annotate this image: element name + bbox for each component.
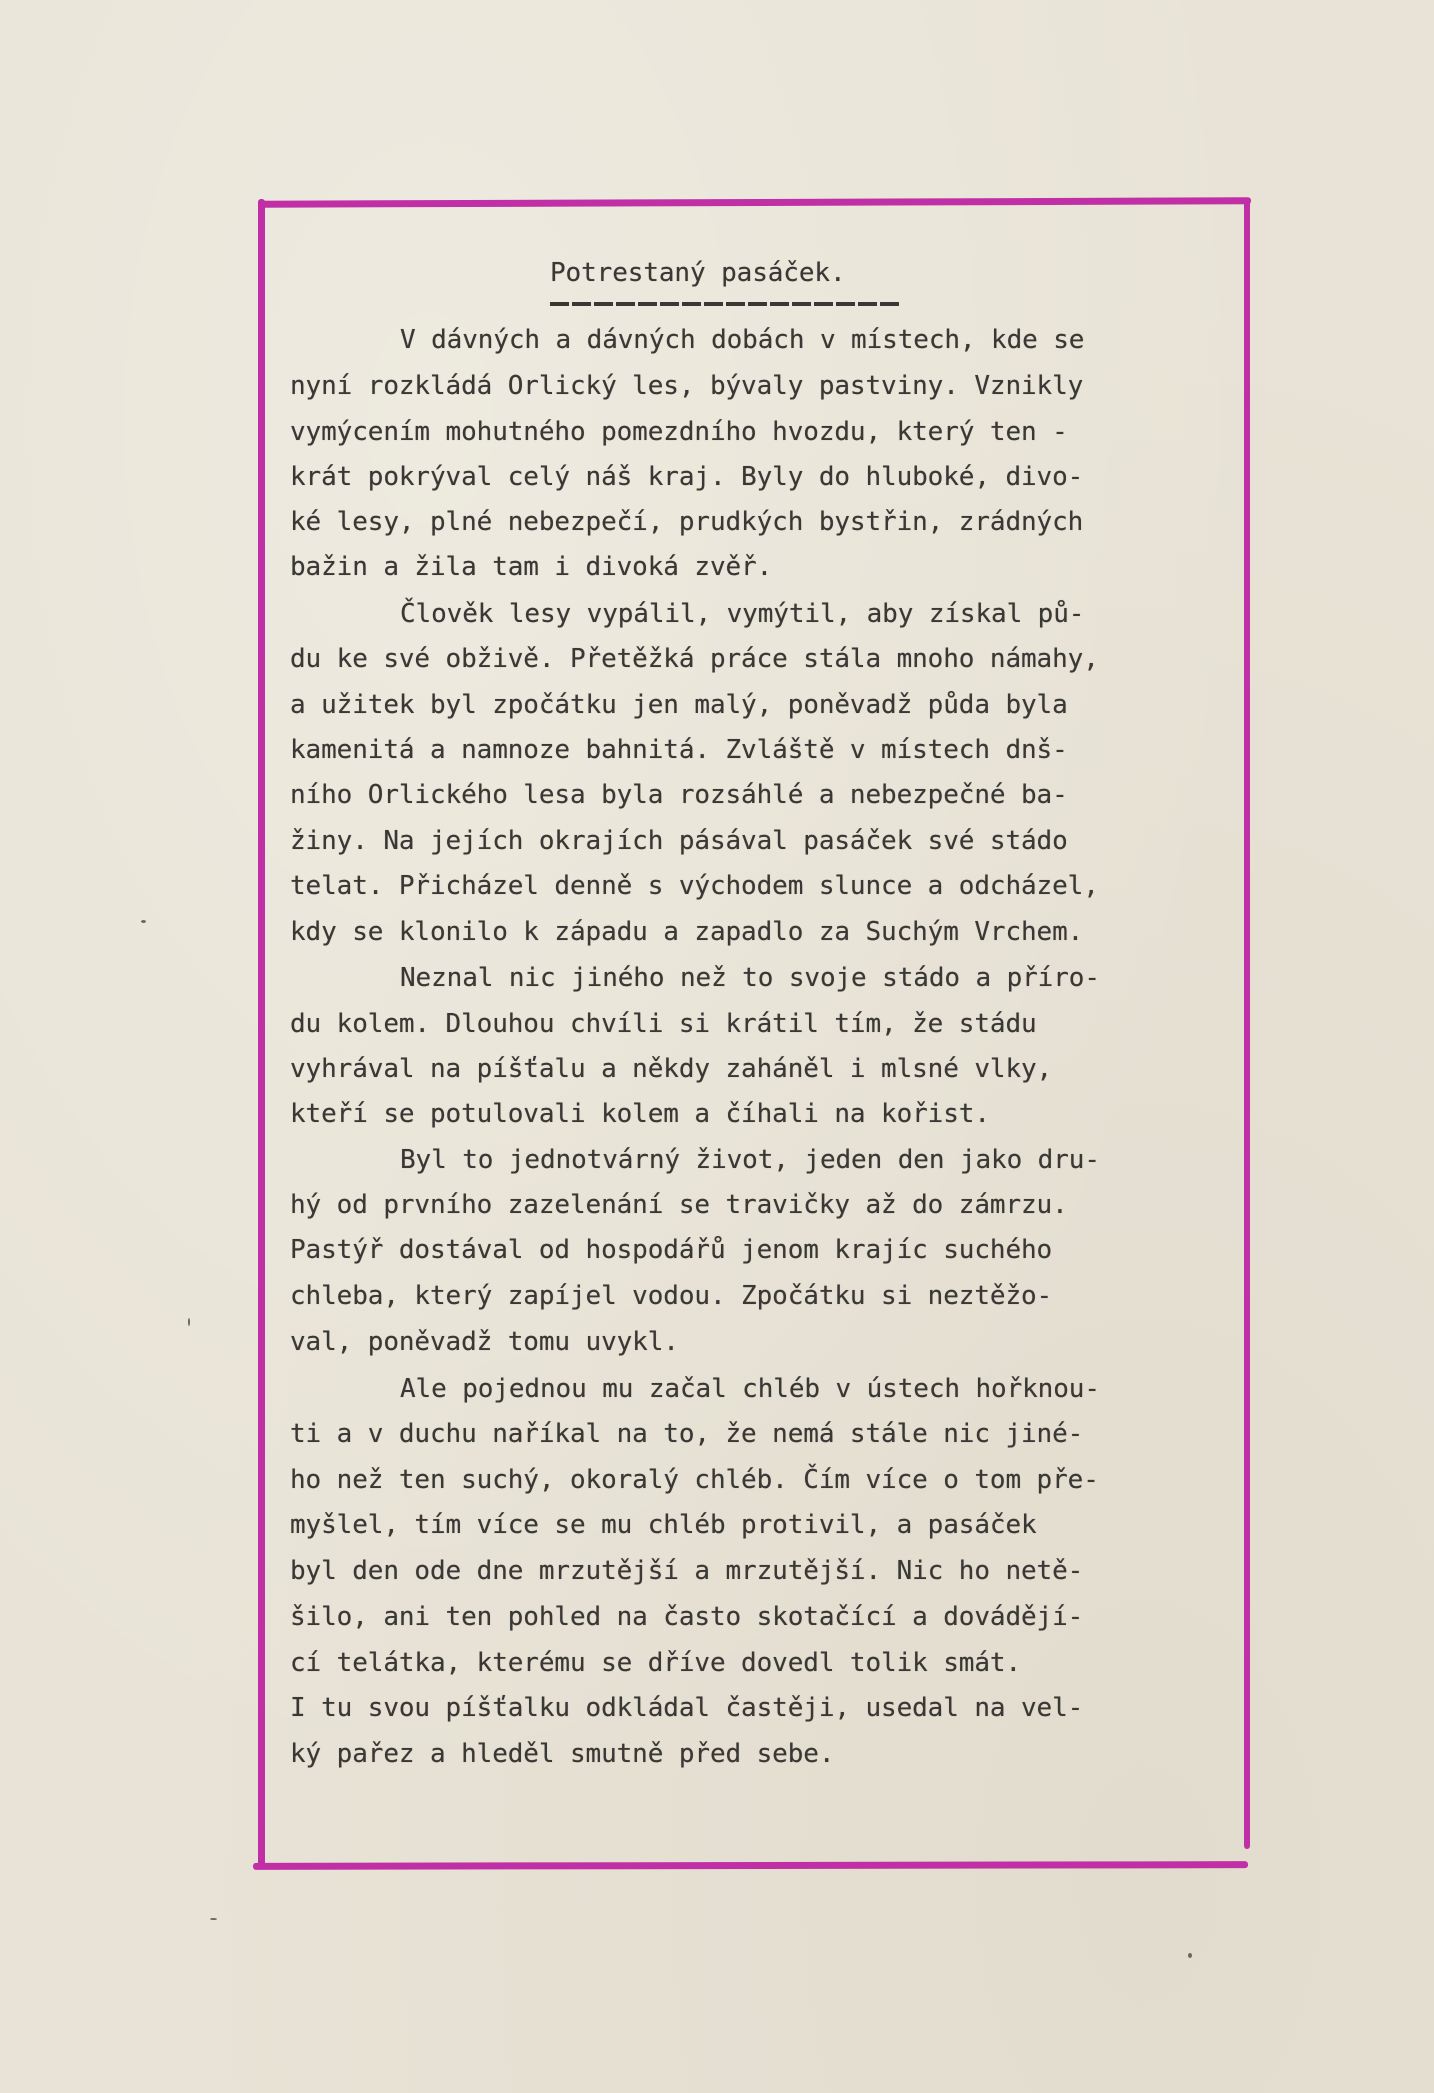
- frame-top-border: [258, 197, 1251, 207]
- frame-right-border: [1244, 199, 1250, 1849]
- title-underline: [550, 302, 900, 306]
- text-line: a užitek byl zpočátku jen malý, poněvadž…: [290, 685, 1068, 725]
- text-line: du kolem. Dlouhou chvíli si krátil tím, …: [290, 1004, 1037, 1044]
- text-line: vyhrával na píšťalu a někdy zaháněl i ml…: [290, 1049, 1052, 1089]
- text-line: V dávných a dávných dobách v místech, kd…: [400, 320, 1084, 360]
- text-line: Pastýř dostával od hospodářů jenom krají…: [290, 1230, 1052, 1270]
- text-line: šilo, ani ten pohled na často skotačící …: [290, 1597, 1083, 1637]
- text-line: du ke své obživě. Přetěžká práce stála m…: [290, 639, 1099, 679]
- text-line: krát pokrýval celý náš kraj. Byly do hlu…: [290, 457, 1083, 497]
- text-line: val, poněvadž tomu uvykl.: [290, 1322, 679, 1362]
- text-line: ho než ten suchý, okoralý chléb. Čím víc…: [290, 1460, 1099, 1500]
- text-line: nyní rozkládá Orlický les, bývaly pastvi…: [290, 366, 1083, 406]
- paper-speck: [188, 1318, 190, 1326]
- text-line: žiny. Na jejích okrajích pásával pasáček…: [290, 821, 1068, 861]
- text-line: Ale pojednou mu začal chléb v ústech hoř…: [400, 1369, 1100, 1409]
- text-line: chleba, který zapíjel vodou. Zpočátku si…: [290, 1276, 1052, 1316]
- text-line: telat. Přicházel denně s východem slunce…: [290, 866, 1099, 906]
- document-title: Potrestaný pasáček.: [550, 258, 846, 288]
- frame-left-border: [258, 199, 265, 1869]
- text-line: hý od prvního zazelenání se travičky až …: [290, 1185, 1068, 1225]
- text-line: vymýcením mohutného pomezdního hvozdu, k…: [290, 412, 1068, 452]
- text-line: ního Orlického lesa byla rozsáhlé a nebe…: [290, 775, 1068, 815]
- text-line: kteří se potulovali kolem a číhali na ko…: [290, 1094, 990, 1134]
- text-line: I tu svou píšťalku odkládal častěji, use…: [290, 1688, 1083, 1728]
- text-line: ké lesy, plné nebezpečí, prudkých bystři…: [290, 502, 1083, 542]
- text-line: Neznal nic jiného než to svoje stádo a p…: [400, 958, 1100, 998]
- text-line: myšlel, tím více se mu chléb protivil, a…: [290, 1505, 1037, 1545]
- text-line: Člověk lesy vypálil, vymýtil, aby získal…: [400, 594, 1084, 634]
- text-line: kamenitá a namnoze bahnitá. Zvláště v mí…: [290, 730, 1068, 770]
- text-line: kdy se klonilo k západu a zapadlo za Suc…: [290, 912, 1083, 952]
- text-line: cí telátka, kterému se dříve dovedl toli…: [290, 1643, 1021, 1683]
- paper-speck: [210, 1918, 217, 1920]
- frame-bottom-border: [253, 1861, 1248, 1870]
- text-line: ti a v duchu naříkal na to, že nemá stál…: [290, 1414, 1083, 1454]
- text-line: byl den ode dne mrzutější a mrzutější. N…: [290, 1551, 1083, 1591]
- paper-speck: [141, 920, 146, 923]
- text-line: ký pařez a hleděl smutně před sebe.: [290, 1734, 834, 1774]
- text-line: bažin a žila tam i divoká zvěř.: [290, 547, 772, 587]
- paper-speck: [1188, 1953, 1192, 1958]
- text-line: Byl to jednotvárný život, jeden den jako…: [400, 1140, 1100, 1180]
